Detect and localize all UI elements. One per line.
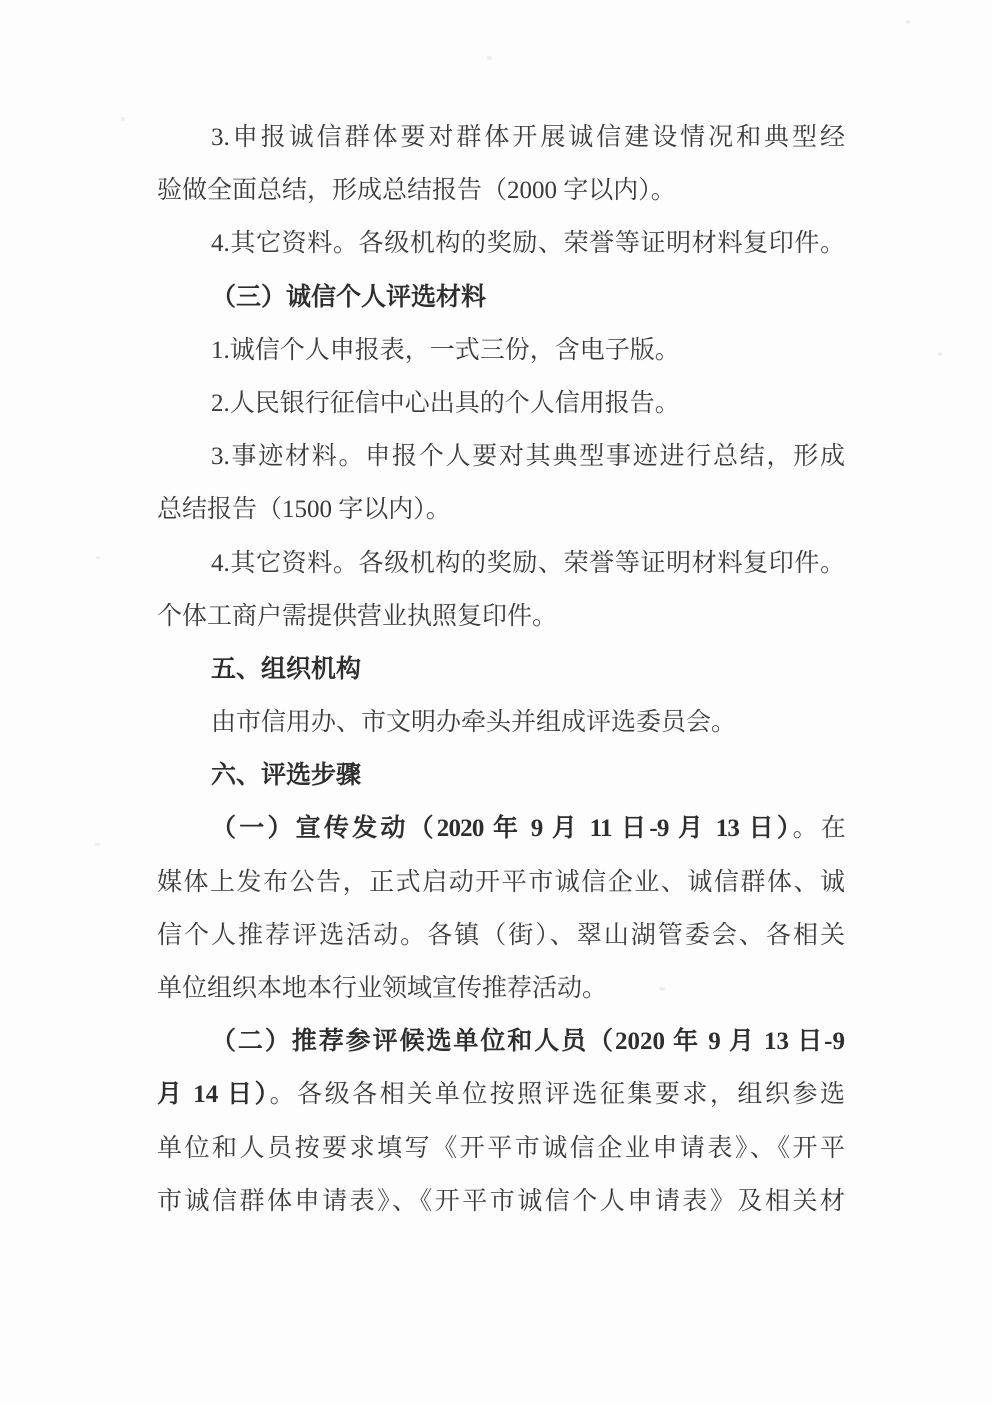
text-line: （二）推荐参评候选单位和人员（2020 年 9 月 13 日-9 [157,1015,845,1068]
body-text-segment: 媒体上发布公告，正式启动开平市诚信企业、诚信群体、诚 [157,869,845,896]
scan-speck [96,556,100,559]
body-text-segment: 个体工商户需提供营业执照复印件。 [157,603,557,630]
text-line: 总结报告（1500 字以内）。 [157,483,845,536]
body-text-segment: 4.其它资料。各级机构的奖励、荣誉等证明材料复印件。 [211,550,845,577]
body-text-segment: 。在 [793,815,845,842]
body-text-segment: 2.人民银行征信中心出具的个人信用报告。 [211,390,680,417]
body-text-segment: 3.申报诚信群体要对群体开展诚信建设情况和典型经 [211,124,845,151]
scan-speck [94,843,101,846]
text-line: 2.人民银行征信中心出具的个人信用报告。 [157,377,845,430]
scan-speck [487,56,492,60]
heading-segment: 五、组织机构 [211,656,361,683]
heading-segment: 月 14 日） [157,1081,270,1108]
heading-segment: （三）诚信个人评选材料 [211,284,486,311]
text-line: 六、评选步骤 [157,749,845,802]
text-line: （三）诚信个人评选材料 [157,271,845,324]
document-body: 3.申报诚信群体要对群体开展诚信建设情况和典型经验做全面总结，形成总结报告（20… [157,111,845,1228]
text-line: 3.申报诚信群体要对群体开展诚信建设情况和典型经 [157,111,845,164]
body-text-segment: 市诚信群体申请表》、《开平市诚信个人申请表》及相关材 [157,1188,845,1215]
heading-segment: 六、评选步骤 [211,762,361,789]
body-text-segment: 1.诚信个人申报表，一式三份，含电子版。 [211,337,680,364]
heading-segment: （二）推荐参评候选单位和人员（2020 年 9 月 13 日-9 [211,1028,845,1055]
document-page: 3.申报诚信群体要对群体开展诚信建设情况和典型经验做全面总结，形成总结报告（20… [0,0,992,1403]
heading-segment: （一）宣传发动（2020 年 9 月 11 日-9 月 13 日） [211,815,793,842]
body-text-segment: 单位组织本地本行业领域宣传推荐活动。 [157,975,607,1002]
text-line: 由市信用办、市文明办牵头并组成评选委员会。 [157,696,845,749]
text-line: 4.其它资料。各级机构的奖励、荣誉等证明材料复印件。 [157,217,845,270]
body-text-segment: 。各级各相关单位按照评选征集要求，组织参选 [270,1081,845,1108]
body-text-segment: 单位和人员按要求填写《开平市诚信企业申请表》、《开平 [157,1135,845,1162]
scan-speck [938,352,942,356]
text-line: 单位组织本地本行业领域宣传推荐活动。 [157,962,845,1015]
body-text-segment: 验做全面总结，形成总结报告（2000 字以内）。 [157,177,676,204]
text-line: 信个人推荐评选活动。各镇（街）、翠山湖管委会、各相关 [157,909,845,962]
text-line: 验做全面总结，形成总结报告（2000 字以内）。 [157,164,845,217]
text-line: 媒体上发布公告，正式启动开平市诚信企业、诚信群体、诚 [157,856,845,909]
text-line: （一）宣传发动（2020 年 9 月 11 日-9 月 13 日）。在 [157,802,845,855]
text-line: 个体工商户需提供营业执照复印件。 [157,590,845,643]
body-text-segment: 信个人推荐评选活动。各镇（街）、翠山湖管委会、各相关 [157,922,845,949]
text-line: 1.诚信个人申报表，一式三份，含电子版。 [157,324,845,377]
text-line: 月 14 日）。各级各相关单位按照评选征集要求，组织参选 [157,1068,845,1121]
text-line: 单位和人员按要求填写《开平市诚信企业申请表》、《开平 [157,1122,845,1175]
text-line: 五、组织机构 [157,643,845,696]
body-text-segment: 总结报告（1500 字以内）。 [157,496,451,523]
text-line: 4.其它资料。各级机构的奖励、荣誉等证明材料复印件。 [157,537,845,590]
text-line: 市诚信群体申请表》、《开平市诚信个人申请表》及相关材 [157,1175,845,1228]
scan-speck [906,20,910,24]
scan-speck [121,117,125,121]
body-text-segment: 由市信用办、市文明办牵头并组成评选委员会。 [211,709,736,736]
body-text-segment: 4.其它资料。各级机构的奖励、荣誉等证明材料复印件。 [211,230,845,257]
body-text-segment: 3.事迹材料。申报个人要对其典型事迹进行总结，形成 [211,443,845,470]
text-line: 3.事迹材料。申报个人要对其典型事迹进行总结，形成 [157,430,845,483]
